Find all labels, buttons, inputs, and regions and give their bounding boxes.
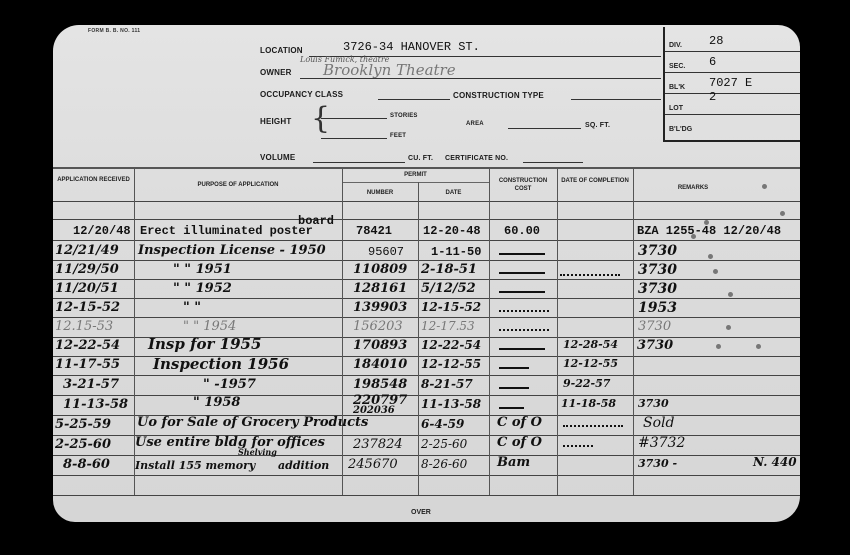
row-9-cost-dash — [499, 407, 524, 409]
row-3-cost-dash — [499, 291, 545, 293]
row-1-permit-number: 95607 — [368, 245, 404, 259]
row-1-permit-date: 1-11-50 — [431, 245, 481, 259]
sec-value: 6 — [709, 55, 716, 69]
location-value: 3726-34 HANOVER ST. — [343, 40, 480, 54]
sec-label: SEC. — [669, 63, 685, 70]
lot-value: 2 — [709, 90, 716, 104]
row-4-permit-date: 12-15-52 — [421, 300, 481, 314]
row-12-received: 8-8-60 — [63, 457, 110, 472]
row-7-received: 11-17-55 — [55, 357, 120, 372]
row-10-cost: C of O — [497, 415, 542, 430]
volume-field — [313, 162, 405, 163]
row-12-purpose: Install 155 memory — [135, 459, 255, 472]
row-7-permit-number: 184010 — [353, 357, 407, 372]
pinhole-mark — [726, 325, 731, 330]
header-permit: PERMIT — [342, 171, 489, 179]
row-10-completion-dots — [563, 425, 623, 427]
row-0-received: 12/20/48 — [73, 224, 131, 238]
row-7-purpose: Inspection 1956 — [153, 355, 289, 373]
row-12-remarks: 3730 - — [638, 457, 677, 470]
occupancy-class-label: OCCUPANCY CLASS — [260, 90, 343, 99]
row-4-permit-number: 139903 — [353, 300, 407, 315]
row-0-cost: 60.00 — [504, 224, 540, 238]
row-rule — [53, 219, 800, 220]
row-0-remarks: BZA 1255-48 12/20/48 — [637, 224, 781, 238]
header-permit-date: DATE — [418, 189, 489, 197]
area-label: AREA — [466, 121, 484, 127]
header-application-received: APPLICATION RECEIVED — [53, 176, 134, 184]
construction-type-label: CONSTRUCTION TYPE — [453, 91, 544, 100]
owner-label: OWNER — [260, 68, 292, 77]
row-12-purpose-tail: addition — [278, 459, 329, 472]
row-9-completion: 11-18-58 — [561, 397, 616, 410]
row-8-permit-date: 8-21-57 — [421, 377, 473, 391]
pinhole-mark — [756, 344, 761, 349]
permit-record-card: FORM B. B. NO. 111 LOCATION 3726-34 HANO… — [53, 25, 800, 522]
row-2-permit-date: 2-18-51 — [421, 262, 477, 277]
row-8-cost-dash — [499, 387, 529, 389]
row-7-permit-date: 12-12-55 — [421, 357, 481, 371]
sq-ft-label: SQ. FT. — [585, 122, 610, 129]
col-divider — [489, 167, 490, 495]
row-1-purpose: Inspection License - 1950 — [138, 243, 326, 258]
row-11-permit-date: 2-25-60 — [421, 437, 467, 451]
owner-value: Brooklyn Theatre — [323, 61, 456, 79]
row-1-cost-dash — [499, 253, 545, 255]
row-11-permit-number: 237824 — [353, 437, 403, 452]
row-5-received: 12.15-53 — [55, 319, 113, 334]
header-construction-cost: CONSTRUCTION COST — [493, 177, 553, 193]
row-2-remarks: 3730 — [638, 262, 677, 278]
stories-label: STORIES — [390, 113, 418, 119]
sec-row: SEC. 6 — [665, 52, 800, 73]
col-divider — [633, 167, 634, 495]
row-6-received: 12-22-54 — [55, 338, 120, 353]
row-rule — [53, 455, 800, 456]
row-5-purpose: " " 1954 — [183, 319, 236, 334]
row-rule — [53, 395, 800, 396]
pinhole-mark — [728, 292, 733, 297]
row-rule — [53, 260, 800, 261]
row-2-cost-dash — [499, 272, 545, 274]
row-10-remarks: Sold — [643, 415, 674, 431]
row-5-remarks: 3730 — [638, 319, 671, 334]
row-6-cost-dash — [499, 348, 545, 350]
row-3-permit-number: 128161 — [353, 281, 407, 296]
row-12-permit-date: 8-26-60 — [421, 457, 467, 471]
pinhole-mark — [691, 234, 696, 239]
row-0-permit-number: 78421 — [356, 224, 392, 238]
occupancy-class-field — [378, 99, 450, 100]
row-8-received: 3-21-57 — [63, 377, 119, 392]
row-6-remarks: 3730 — [637, 338, 673, 353]
row-1-remarks: 3730 — [638, 243, 677, 259]
row-0-purpose: Erect illuminated poster — [140, 224, 313, 238]
row-4-purpose: " " — [183, 300, 201, 315]
lot-label: LOT — [669, 105, 683, 112]
row-6-purpose: Insp for 1955 — [148, 335, 261, 353]
height-brace: { — [311, 104, 330, 134]
row-3-remarks: 3730 — [638, 281, 677, 297]
location-label: LOCATION — [260, 46, 303, 55]
row-2-permit-number: 110809 — [353, 262, 407, 277]
blk-row: BL'K 7027 E — [665, 73, 800, 94]
volume-label: VOLUME — [260, 153, 295, 162]
pinhole-mark — [716, 344, 721, 349]
header-purpose: PURPOSE OF APPLICATION — [134, 181, 342, 189]
row-6-permit-date: 12-22-54 — [421, 338, 481, 352]
pinhole-mark — [713, 269, 718, 274]
stories-field — [321, 118, 387, 119]
over-label: OVER — [411, 509, 431, 516]
row-12-purpose-note: Shelving — [238, 447, 277, 457]
row-2-completion-dots — [560, 274, 620, 276]
table-top-rule — [53, 167, 800, 169]
row-6-permit-number: 170893 — [353, 338, 407, 353]
div-label: DIV. — [669, 42, 682, 49]
row-3-purpose: " " 1952 — [173, 281, 232, 296]
row-9-received: 11-13-58 — [63, 397, 128, 412]
row-7-completion: 12-12-55 — [563, 357, 618, 370]
row-5-permit-date: 12-17.53 — [421, 319, 475, 333]
row-12-permit-number: 245670 — [348, 457, 398, 472]
row-5-cost-dash — [499, 329, 549, 331]
location-index-box: DIV. 28 SEC. 6 BL'K 7027 E LOT 2 B'L'DG — [663, 27, 800, 142]
pinhole-mark — [708, 254, 713, 259]
feet-label: FEET — [390, 133, 406, 139]
row-rule — [53, 375, 800, 376]
row-11-remarks: #3732 — [638, 435, 685, 451]
row-2-received: 11/29/50 — [55, 262, 119, 277]
area-field — [508, 128, 581, 129]
form-number: FORM B. B. NO. 111 — [88, 28, 140, 34]
row-rule — [53, 495, 800, 496]
row-6-completion: 12-28-54 — [563, 338, 618, 351]
col-divider — [342, 167, 343, 495]
row-3-received: 11/20/51 — [55, 281, 119, 296]
row-rule — [53, 298, 800, 299]
row-9-permit-date: 11-13-58 — [421, 397, 481, 411]
div-row: DIV. 28 — [665, 31, 800, 52]
pinhole-mark — [780, 211, 785, 216]
row-4-cost-dash — [499, 310, 549, 312]
header-permit-number: NUMBER — [342, 189, 418, 197]
row-11-received: 2-25-60 — [55, 437, 111, 452]
col-divider — [418, 182, 419, 495]
row-4-received: 12-15-52 — [55, 300, 120, 315]
row-10-received: 5-25-59 — [55, 417, 111, 432]
row-12-cost: Bam — [497, 455, 530, 470]
cu-ft-label: CU. FT. — [408, 155, 433, 162]
row-9-remarks: 3730 — [638, 397, 669, 410]
row-1-received: 12/21/49 — [55, 243, 119, 258]
row-7-cost-dash — [499, 367, 529, 369]
row-10-permit-date: 6-4-59 — [421, 417, 464, 431]
div-value: 28 — [709, 34, 723, 48]
row-11-purpose: Use entire bldg for offices — [135, 435, 325, 450]
row-8-purpose: " -1957 — [203, 377, 256, 392]
row-rule — [53, 240, 800, 241]
row-10-purpose: Uo for Sale of Grocery Products — [137, 415, 368, 430]
permit-subheader-rule — [342, 182, 489, 183]
bldg-label: B'L'DG — [669, 126, 692, 133]
certificate-label: CERTIFICATE NO. — [445, 155, 508, 162]
row-12-remarks-extra: N. 440 — [753, 455, 797, 469]
application-table: APPLICATION RECEIVED PURPOSE OF APPLICAT… — [53, 167, 800, 497]
row-3-permit-date: 5/12/52 — [421, 281, 476, 296]
blk-label: BL'K — [669, 84, 685, 91]
row-5-permit-number: 156203 — [353, 319, 403, 334]
col-divider — [557, 167, 558, 495]
feet-field — [321, 138, 387, 139]
header-date-of-completion: DATE OF COMPLETION — [557, 177, 633, 185]
row-0-permit-date: 12-20-48 — [423, 224, 481, 238]
row-rule — [53, 279, 800, 280]
header-bottom-rule — [53, 201, 800, 202]
header-remarks: REMARKS — [633, 184, 753, 192]
row-4-remarks: 1953 — [638, 300, 677, 316]
blk-value: 7027 E — [709, 76, 752, 90]
row-2-purpose: " " 1951 — [173, 262, 232, 277]
construction-type-field — [571, 99, 661, 100]
lot-row: LOT 2 — [665, 94, 800, 115]
row-8-completion: 9-22-57 — [563, 377, 610, 390]
row-9-purpose: " 1958 — [193, 395, 240, 410]
pinhole-mark — [762, 184, 767, 189]
height-label: HEIGHT — [260, 117, 291, 126]
row-8-permit-number: 198548 — [353, 377, 407, 392]
certificate-field — [523, 162, 583, 163]
row-rule — [53, 475, 800, 476]
row-11-cost: C of O — [497, 435, 542, 450]
row-rule — [53, 317, 800, 318]
pinhole-mark — [704, 220, 709, 225]
row-0-purpose-note: board — [298, 214, 334, 228]
bldg-row: B'L'DG — [665, 115, 800, 135]
row-11-completion-dots — [563, 445, 593, 447]
